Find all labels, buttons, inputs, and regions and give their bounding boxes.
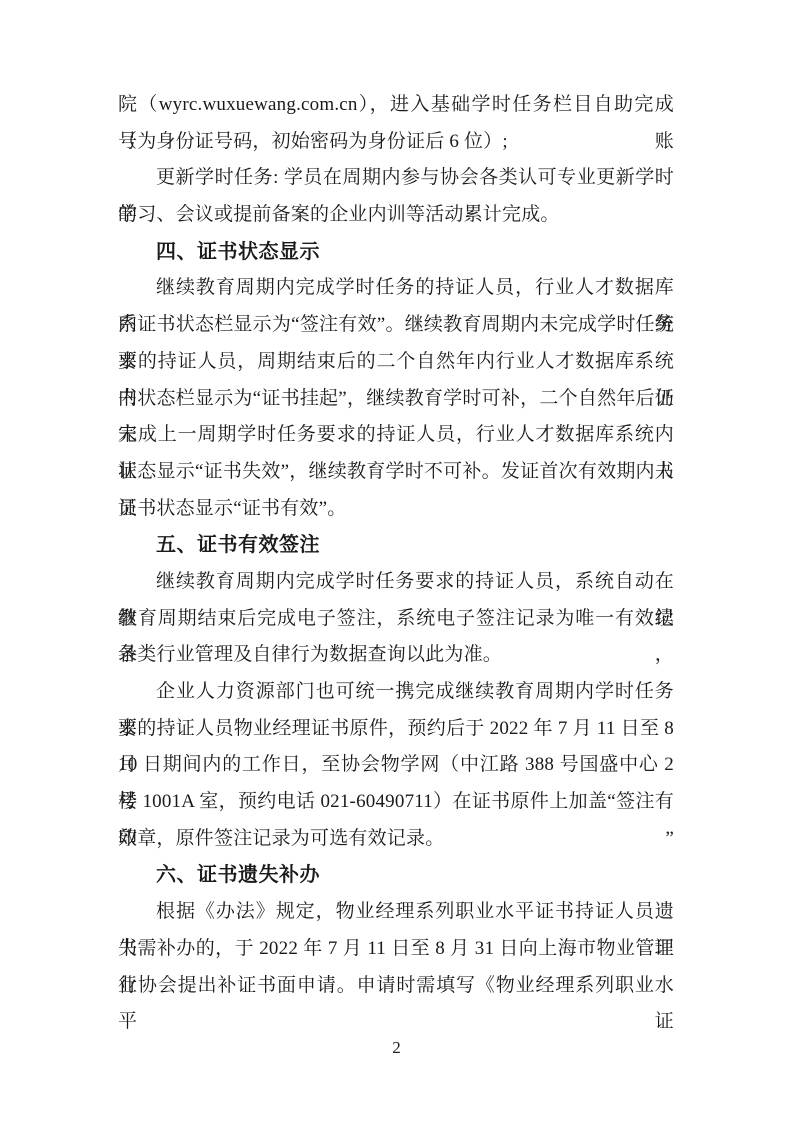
section-heading-certificate-status: 四、证书状态显示 — [118, 234, 674, 271]
body-line: 楼 1001A 室，预约电话 021-60490711）在证书原件上加盖“签注有… — [118, 784, 674, 821]
body-line: 求的持证人员物业经理证书原件，预约后于 2022 年 7 月 11 日至 8 月 — [118, 711, 674, 748]
section-heading-lost-certificate-reissue: 六、证书遗失补办 — [118, 857, 674, 894]
body-line: 证书状态显示“证书有效”。 — [118, 491, 674, 528]
body-line: 企业人力资源部门也可统一携完成继续教育周期内学时任务要 — [118, 674, 674, 711]
body-line: 继续教育周期内完成学时任务要求的持证人员，系统自动在继续 — [118, 564, 674, 601]
page-body-text: 院（wyrc.wuxuewang.com.cn），进入基础学时任务栏目自助完成（… — [118, 87, 674, 1004]
body-line: 学习、会议或提前备案的企业内训等活动累计完成。 — [118, 197, 674, 234]
page-number: 2 — [0, 1030, 793, 1066]
body-line: 业协会提出补证书面申请。申请时需填写《物业经理系列职业水平证 — [118, 968, 674, 1005]
body-line: 状态显示“证书失效”，继续教育学时不可补。发证首次有效期内人员 — [118, 454, 674, 491]
body-line: 教育周期结束后完成电子签注，系统电子签注记录为唯一有效记录， — [118, 601, 674, 638]
body-line: 书需补办的，于 2022 年 7 月 11 日至 8 月 31 日向上海市物业管… — [118, 931, 674, 968]
body-line: 完成上一周期学时任务要求的持证人员，行业人才数据库系统内证书 — [118, 417, 674, 454]
section-heading-valid-endorsement: 五、证书有效签注 — [118, 527, 674, 564]
body-line: 10 日期间内的工作日，至协会物学网（中江路 388 号国盛中心 2 号 — [118, 747, 674, 784]
body-line: 书状态栏显示为“证书挂起”，继续教育学时可补，二个自然年后仍未 — [118, 381, 674, 418]
body-line: 根据《办法》规定，物业经理系列职业水平证书持证人员遗失证 — [118, 894, 674, 931]
body-line: 求的持证人员，周期结束后的二个自然年内行业人才数据库系统内证 — [118, 344, 674, 381]
document-page: 院（wyrc.wuxuewang.com.cn），进入基础学时任务栏目自助完成（… — [0, 0, 793, 1122]
body-line: 更新学时任务: 学员在周期内参与协会各类认可专业更新学时的 — [118, 160, 674, 197]
body-line: 继续教育周期内完成学时任务的持证人员，行业人才数据库系统 — [118, 270, 674, 307]
body-line: 院（wyrc.wuxuewang.com.cn），进入基础学时任务栏目自助完成（… — [118, 87, 674, 124]
body-line: 内证书状态栏显示为“签注有效”。继续教育周期内未完成学时任务要 — [118, 307, 674, 344]
